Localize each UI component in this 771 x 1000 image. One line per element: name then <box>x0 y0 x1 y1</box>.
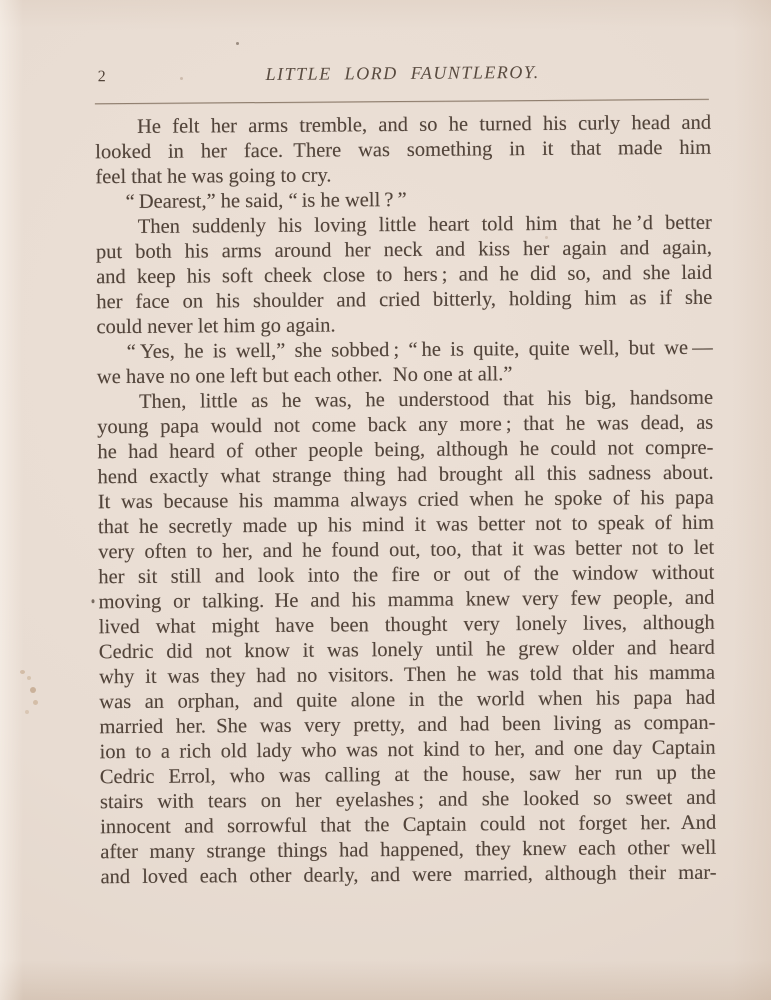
text-line: and loved each other dearly, and were ma… <box>100 861 716 891</box>
text-line: looked in her face. There was something … <box>95 136 711 166</box>
text-block: He felt her arms tremble, and so he turn… <box>95 111 717 890</box>
ink-speck <box>92 599 95 603</box>
page-content: 2 LITTLE LORD FAUNTLEROY. He felt her ar… <box>0 0 771 1000</box>
page-background: 2 LITTLE LORD FAUNTLEROY. He felt her ar… <box>0 0 771 1000</box>
running-title: LITTLE LORD FAUNTLEROY. <box>95 61 711 87</box>
header-rule <box>95 99 709 105</box>
text-line: her face on his shoulder and cried bitte… <box>96 286 712 316</box>
text-line: “ Yes, he is well,” she sobbed ; “ he is… <box>97 336 713 366</box>
